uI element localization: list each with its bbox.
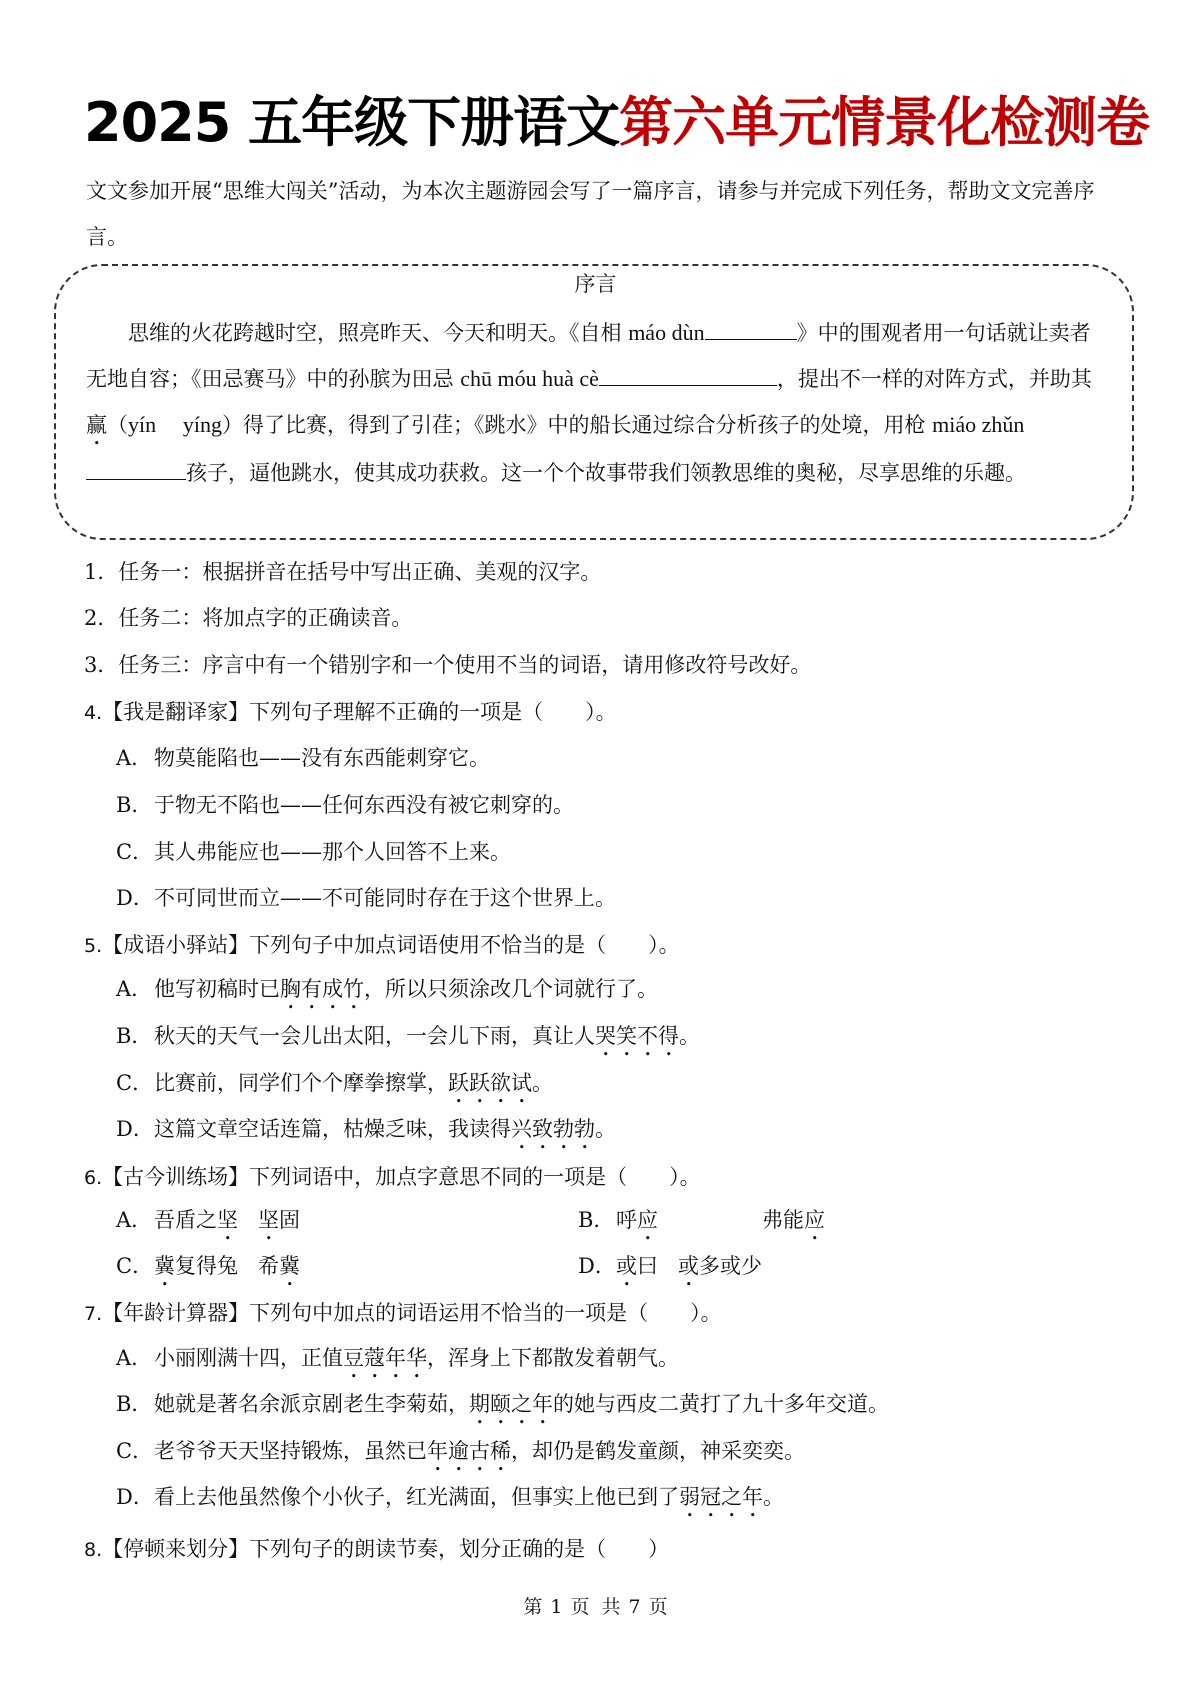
dotted-idiom: 跃跃欲试 [448,1071,532,1095]
question-tag: 【停顿来划分】 [102,1537,249,1561]
option-text: 比赛前，同学们个个摩拳擦掌， [154,1071,448,1095]
dotted-idiom: 年逾古稀 [427,1439,511,1463]
q4-option-c[interactable]: C．其人弗能应也——那个人回答不上来。 [116,837,511,867]
question-text: 任务一：根据拼音在括号中写出正确、美观的汉字。 [118,560,601,584]
question-text: 任务三：序言中有一个错别字和一个使用不当的词语，请用修改符号改好。 [118,653,811,677]
option-letter: A． [116,974,154,1004]
word-text: 弗能 [762,1208,804,1232]
question-text: 下列句子的朗读节奏，划分正确的是（ [249,1537,606,1561]
question-4: 4.【我是翻译家】下列句子理解不正确的一项是（）。 [84,697,617,728]
option-letter: C． [116,837,154,867]
option-text: ，浑身上下都散发着朝气。 [427,1346,679,1370]
question-text: 下列词语中，加点字意思不同的一项是（ [249,1165,627,1189]
dotted-idiom: 胸有成竹 [280,977,364,1001]
question-8: 8.【停顿来划分】下列句子的朗读节奏，划分正确的是（） [84,1534,669,1565]
dotted-char: 或 [678,1254,699,1278]
word-text: 吾盾之 [154,1208,217,1232]
question-7: 7.【年龄计算器】下列句中加点的词语运用不恰当的一项是（）。 [84,1298,722,1329]
dotted-char: 坚 [258,1208,279,1232]
dotted-char: 或 [616,1254,637,1278]
q7-option-a[interactable]: A．小丽刚满十四，正值豆蔻年华，浑身上下都散发着朝气。 [116,1343,679,1383]
dotted-char: 冀 [279,1254,300,1278]
option-text: 。 [763,1485,784,1509]
pinyin-option-yin[interactable]: yín [128,412,156,437]
option-letter: C． [116,1436,154,1466]
question-5: 5.【成语小驿站】下列句子中加点词语使用不恰当的是（）。 [84,930,680,961]
option-text: ，所以只须涂改几个词就行了。 [364,977,658,1001]
answer-blank-2[interactable] [599,363,777,386]
question-end: ）。 [690,1301,722,1325]
pinyin-chumouhuace: chū móu huà cè [460,366,599,391]
q5-option-d[interactable]: D．这篇文章空话连篇，枯燥乏味，我读得兴致勃勃。 [116,1114,616,1154]
word-text: 复得兔 [175,1254,238,1278]
question-2: 2．任务二：将加点字的正确读音。 [84,603,412,633]
option-letter: B． [116,1021,154,1051]
q7-option-c[interactable]: C．老爷爷天天坚持锻炼，虽然已年逾古稀，却仍是鹤发童颜，神采奕奕。 [116,1436,805,1476]
answer-blank-1[interactable] [705,317,797,340]
dotted-idiom: 兴致勃勃 [511,1117,595,1141]
option-text: 看上去他虽然像个小伙子，红光满面，但事实上他已到了 [154,1485,679,1509]
question-number: 1． [84,560,118,584]
question-text: 下列句子理解不正确的一项是（ [249,700,543,724]
word-text: 曰 [637,1254,658,1278]
q4-option-b[interactable]: B．于物无不陷也——任何东西没有被它刺穿的。 [116,790,574,820]
q6-option-c[interactable]: C．冀复得兔 希冀 [116,1251,300,1291]
option-text: 不可同世而立——不可能同时存在于这个世界上。 [154,886,616,910]
question-tag: 【我是翻译家】 [102,700,249,724]
preface-title: 序言 [0,268,1191,300]
option-text: 于物无不陷也——任何东西没有被它刺穿的。 [154,793,574,817]
question-tag: 【年龄计算器】 [102,1301,249,1325]
dotted-char-ying: 赢 [86,413,107,437]
question-number: 8. [84,1539,102,1561]
preface-text: （ [107,413,128,437]
current-page-number: 1 [550,1596,562,1618]
preface-text: 孩子，逼他跳水，使其成功获救。这一个个故事带我们领教思维的奥秘，尽享思维的乐趣。 [186,461,1026,485]
preface-text: ）得了比赛，得到了引荏；《跳水》中的船长通过综合分析孩子的处境，用枪 [222,413,932,437]
option-letter: A． [116,743,154,773]
question-number: 4. [84,702,102,724]
question-text: 下列句子中加点词语使用不恰当的是（ [249,933,606,957]
total-page-count: 7 [629,1596,641,1618]
q6-option-d[interactable]: D．或曰 或多或少 [578,1251,762,1291]
q7-option-d[interactable]: D．看上去他虽然像个小伙子，红光满面，但事实上他已到了弱冠之年。 [116,1482,784,1522]
option-text: 。 [679,1024,700,1048]
option-text: 秋天的天气一会儿出太阳，一会儿下雨，真让人 [154,1024,595,1048]
option-text: 物莫能陷也——没有东西能刺穿它。 [154,746,490,770]
option-text: 其人弗能应也——那个人回答不上来。 [154,840,511,864]
dotted-idiom: 弱冠之年 [679,1485,763,1509]
q4-option-d[interactable]: D．不可同世而立——不可能同时存在于这个世界上。 [116,883,616,913]
title-unit-test: 第六单元情景化检测卷 [619,91,1149,154]
option-text: 这篇文章空话连篇，枯燥乏味，我读得 [154,1117,511,1141]
option-letter: B． [578,1205,616,1235]
option-letter: D． [578,1251,616,1281]
option-text: 的她与西皮二黄打了九十多年交道。 [553,1392,889,1416]
dotted-char: 坚 [217,1208,238,1232]
q7-option-b[interactable]: B．她就是著名余派京剧老生李菊茹，期颐之年的她与西皮二黄打了九十多年交道。 [116,1389,889,1429]
option-text: 。 [532,1071,553,1095]
word-text: 固 [279,1208,300,1232]
q5-option-c[interactable]: C．比赛前，同学们个个摩拳擦掌，跃跃欲试。 [116,1068,553,1108]
pinyin-option-ying[interactable]: yíng [183,412,222,437]
title-grade-subject: 2025 五年级下册语文 [84,91,619,154]
option-letter: C． [116,1251,154,1281]
intro-paragraph: 文文参加开展“思维大闯关”活动，为本次主题游园会写了一篇序言，请参与并完成下列任… [86,168,1106,260]
dotted-char: 应 [637,1208,658,1232]
question-tag: 【古今训练场】 [102,1165,249,1189]
question-6: 6.【古今训练场】下列词语中，加点字意思不同的一项是（）。 [84,1162,701,1193]
word-text: 呼 [616,1208,637,1232]
word-text: 多或少 [699,1254,762,1278]
option-text: ，却仍是鹤发童颜，神采奕奕。 [511,1439,805,1463]
option-letter: A． [116,1343,154,1373]
option-letter: B． [116,790,154,820]
q6-option-b[interactable]: B．呼应弗能应 [578,1205,825,1245]
preface-text: ，提出不一样的对阵方式，并助其 [777,367,1092,391]
q5-option-b[interactable]: B．秋天的天气一会儿出太阳，一会儿下雨，真让人哭笑不得。 [116,1021,700,1061]
question-1: 1．任务一：根据拼音在括号中写出正确、美观的汉字。 [84,557,601,587]
option-letter: D． [116,883,154,913]
q6-option-a[interactable]: A．吾盾之坚 坚固 [116,1205,300,1245]
dotted-idiom: 期颐之年 [469,1392,553,1416]
question-number: 7. [84,1303,102,1325]
question-end: ）。 [669,1165,701,1189]
dotted-char: 应 [804,1208,825,1232]
option-letter: D． [116,1482,154,1512]
question-text: 任务二：将加点字的正确读音。 [118,606,412,630]
question-3: 3．任务三：序言中有一个错别字和一个使用不当的词语，请用修改符号改好。 [84,650,811,680]
option-text: 小丽刚满十四，正值 [154,1346,343,1370]
question-end: ）。 [648,933,680,957]
q4-option-a[interactable]: A．物莫能陷也——没有东西能刺穿它。 [116,743,490,773]
footer-text: 页 共 [570,1596,620,1618]
pinyin-maodun: máo dùn [628,320,704,345]
document-title: 2025 五年级下册语文第六单元情景化检测卷 [84,88,1114,158]
answer-blank-3[interactable] [86,457,186,480]
preface-body: 思维的火花跨越时空，照亮昨天、今天和明天。《自相 máo dùn》中的围观者用一… [86,310,1110,496]
question-text: 下列句中加点的词语运用不恰当的一项是（ [249,1301,648,1325]
pinyin-miaozhun: miáo zhǔn [932,412,1024,437]
question-number: 3． [84,653,118,677]
option-letter: A． [116,1205,154,1235]
dotted-char: 冀 [154,1254,175,1278]
option-text: 她就是著名余派京剧老生李菊茹， [154,1392,469,1416]
question-number: 5. [84,935,102,957]
question-end: ）。 [585,700,617,724]
dotted-idiom: 豆蔻年华 [343,1346,427,1370]
question-tag: 【成语小驿站】 [102,933,249,957]
question-end: ） [648,1537,669,1561]
dotted-idiom: 哭笑不得 [595,1024,679,1048]
option-letter: C． [116,1068,154,1098]
option-text: 他写初稿时已 [154,977,280,1001]
footer-text: 第 [523,1596,542,1618]
q5-option-a[interactable]: A．他写初稿时已胸有成竹，所以只须涂改几个词就行了。 [116,974,658,1014]
preface-text: 思维的火花跨越时空，照亮昨天、今天和明天。《自相 [128,321,628,345]
footer-text: 页 [649,1596,668,1618]
page-footer: 第1页 共7页 [0,1594,1191,1620]
option-text: 老爷爷天天坚持锻炼，虽然已 [154,1439,427,1463]
option-text: 。 [595,1117,616,1141]
question-number: 2． [84,606,118,630]
option-letter: D． [116,1114,154,1144]
word-text: 希 [258,1254,279,1278]
question-number: 6. [84,1167,102,1189]
option-letter: B． [116,1389,154,1419]
